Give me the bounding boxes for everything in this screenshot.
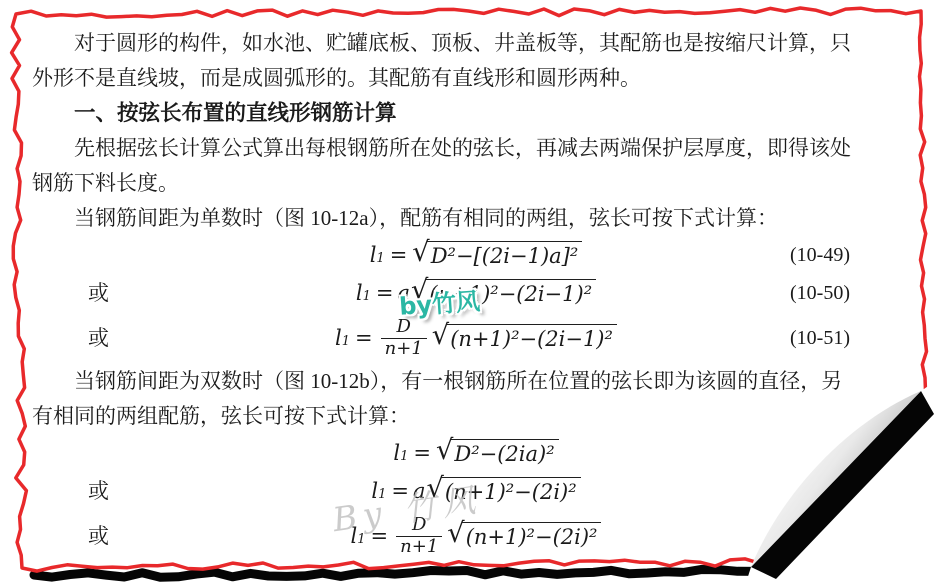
watermark-teal: by竹风 bbox=[398, 281, 481, 322]
equation-number: (10-49) bbox=[790, 238, 910, 273]
equation-row-even-1: l1 = √D²−(2ia)² bbox=[32, 434, 910, 472]
paragraph-line: 钢筋下料长度。 bbox=[32, 166, 910, 201]
or-label: 或 bbox=[32, 321, 162, 356]
paragraph-line: 外形不是直线坡，而是成圆弧形的。其配筋有直线形和圆形两种。 bbox=[32, 61, 910, 96]
section-heading: 一、按弦长布置的直线形钢筋计算 bbox=[32, 96, 910, 131]
or-label: 或 bbox=[32, 519, 162, 554]
fraction: Dn+1 bbox=[381, 317, 427, 359]
equation-row-10-51: 或 l1 = Dn+1 √(n+1)²−(2i−1)² (10-51) bbox=[32, 312, 910, 364]
or-label: 或 bbox=[32, 474, 162, 509]
equation-10-51: l1 = Dn+1 √(n+1)²−(2i−1)² bbox=[335, 317, 617, 359]
equation-number: (10-51) bbox=[790, 321, 910, 356]
equation-10-49: l1 = √D²−[(2i−1)a]² bbox=[370, 241, 583, 268]
paragraph-line: 有相同的两组配筋，弦长可按下式计算： bbox=[32, 399, 910, 434]
equation-even-1: l1 = √D²−(2ia)² bbox=[393, 439, 558, 466]
radical-sign: √ bbox=[432, 322, 449, 349]
paragraph-line: 当钢筋间距为单数时（图 10-12a），配筋有相同的两组，弦长可按下式计算： bbox=[32, 201, 910, 236]
paragraph-line: 当钢筋间距为双数时（图 10-12b），有一根钢筋所在位置的弦长即为该圆的直径，… bbox=[32, 364, 910, 399]
equation-number: (10-50) bbox=[790, 276, 910, 311]
radical-sign: √ bbox=[412, 239, 429, 266]
paragraph-line: 对于圆形的构件，如水池、贮罐底板、顶板、井盖板等，其配筋也是按缩尺计算，只 bbox=[32, 26, 910, 61]
or-label: 或 bbox=[32, 276, 162, 311]
paragraph-line: 先根据弦长计算公式算出每根钢筋所在处的弦长，再减去两端保护层厚度，即得该处 bbox=[32, 131, 910, 166]
scanned-book-page: 对于圆形的构件，如水池、贮罐底板、顶板、井盖板等，其配筋也是按缩尺计算，只 外形… bbox=[0, 0, 940, 586]
equation-row-10-49: l1 = √D²−[(2i−1)a]² (10-49) bbox=[32, 236, 910, 274]
radical-sign: √ bbox=[436, 437, 453, 464]
